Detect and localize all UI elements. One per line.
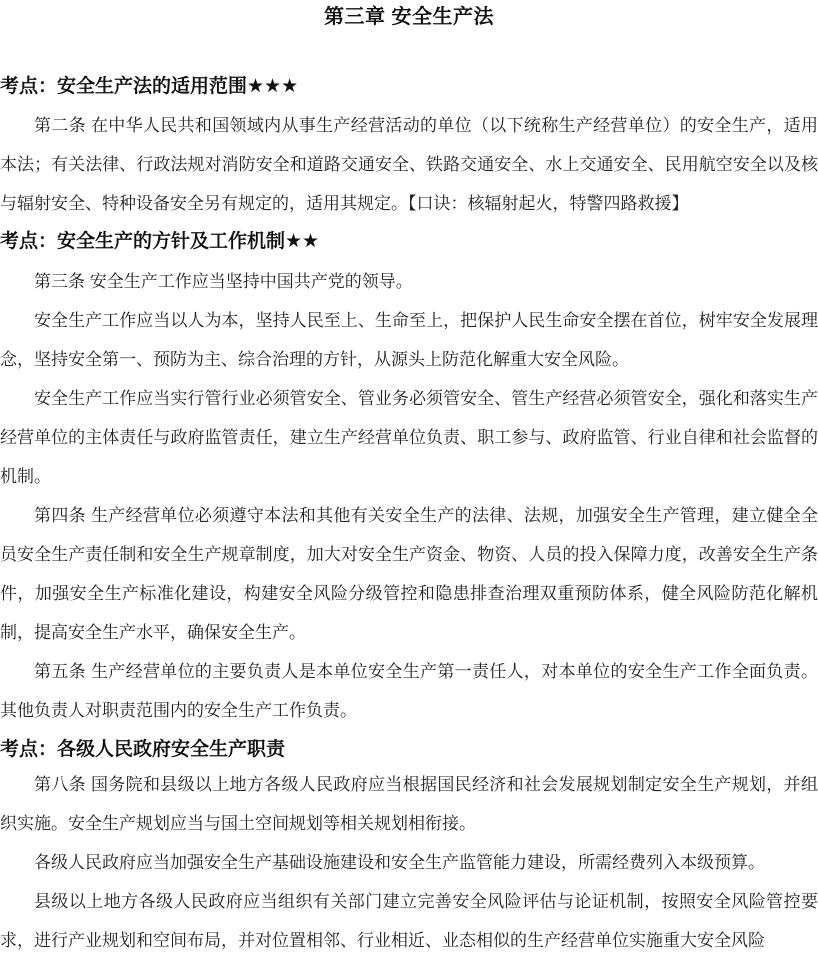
paragraph-article-3-line2: 安全生产工作应当以人为本，坚持人民至上、生命至上，把保护人民生命安全摆在首位，树… <box>0 301 818 379</box>
section-heading-scope: 考点：安全生产法的适用范围★★★ <box>0 76 818 98</box>
paragraph-article-8-line1: 第八条 国务院和县级以上地方各级人民政府应当根据国民经济和社会发展规划制定安全生… <box>0 765 818 843</box>
section-gov: 考点：各级人民政府安全生产职责 第八条 国务院和县级以上地方各级人民政府应当根据… <box>0 739 818 960</box>
paragraph-article-5: 第五条 生产经营单位的主要负责人是本单位安全生产第一责任人，对本单位的安全生产工… <box>0 652 818 730</box>
section-heading-policy: 考点：安全生产的方针及工作机制★★ <box>0 231 818 253</box>
paragraph-article-8-line3: 县级以上地方各级人民政府应当组织有关部门建立完善安全风险评估与论证机制，按照安全… <box>0 882 818 960</box>
section-heading-gov: 考点：各级人民政府安全生产职责 <box>0 739 818 761</box>
paragraph-article-8-line2: 各级人民政府应当加强安全生产基础设施建设和安全生产监管能力建设，所需经费列入本级… <box>0 843 818 882</box>
section-policy: 考点：安全生产的方针及工作机制★★ 第三条 安全生产工作应当坚持中国共产党的领导… <box>0 231 818 730</box>
chapter-title: 第三章 安全生产法 <box>0 0 818 29</box>
document-page: 第三章 安全生产法 考点：安全生产法的适用范围★★★ 第二条 在中华人民共和国领… <box>0 0 818 964</box>
paragraph-article-4: 第四条 生产经营单位必须遵守本法和其他有关安全生产的法律、法规，加强安全生产管理… <box>0 496 818 652</box>
paragraph-article-2: 第二条 在中华人民共和国领域内从事生产经营活动的单位（以下统称生产经营单位）的安… <box>0 106 818 223</box>
paragraph-article-3-line1: 第三条 安全生产工作应当坚持中国共产党的领导。 <box>0 262 818 301</box>
section-scope: 考点：安全生产法的适用范围★★★ 第二条 在中华人民共和国领域内从事生产经营活动… <box>0 76 818 223</box>
paragraph-article-3-line3: 安全生产工作应当实行管行业必须管安全、管业务必须管安全、管生产经营必须管安全，强… <box>0 379 818 496</box>
